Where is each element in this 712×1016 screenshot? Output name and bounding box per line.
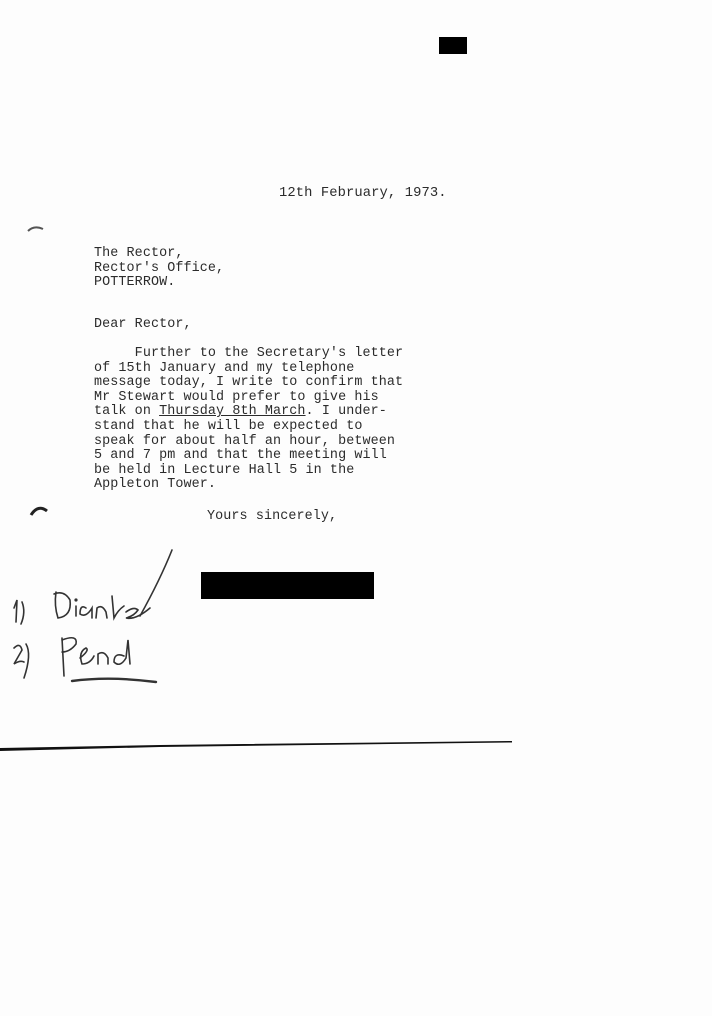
recipient-address: The Rector, Rector's Office, POTTERROW.: [94, 247, 224, 291]
body-line: talk on: [94, 404, 159, 419]
body-line: of 15th January and my telephone: [94, 361, 354, 376]
body-line: Mr Stewart would prefer to give his: [94, 390, 379, 405]
bottom-rule-line: [0, 735, 520, 755]
recipient-line-1: The Rector,: [94, 246, 184, 261]
body-line: speak for about half an hour, between: [94, 434, 395, 449]
body-line: . I under-: [306, 404, 387, 419]
talk-date-underlined: Thursday 8th March: [159, 404, 305, 419]
letter-page: 12th February, 1973. The Rector, Rector'…: [0, 0, 712, 1016]
punch-mark-bottom: [28, 502, 50, 518]
body-line: stand that he will be expected to: [94, 419, 362, 434]
redaction-block-top: [439, 37, 467, 54]
handwritten-annotations: 1) Diaried: [0, 540, 200, 700]
closing: Yours sincerely,: [207, 510, 337, 525]
punch-mark-top: [26, 222, 46, 234]
salutation: Dear Rector,: [94, 318, 192, 333]
letter-body: Further to the Secretary's letter of 15t…: [94, 347, 403, 493]
recipient-line-2: Rector's Office,: [94, 261, 224, 276]
redaction-block-signature: [201, 572, 374, 599]
body-line: Appleton Tower.: [94, 477, 216, 492]
body-line: message today, I write to confirm that: [94, 375, 403, 390]
body-line: be held in Lecture Hall 5 in the: [94, 463, 354, 478]
body-line: Further to the Secretary's letter: [94, 346, 403, 361]
letter-date: 12th February, 1973.: [279, 187, 447, 202]
recipient-line-3: POTTERROW.: [94, 275, 175, 290]
body-line: 5 and 7 pm and that the meeting will: [94, 448, 387, 463]
